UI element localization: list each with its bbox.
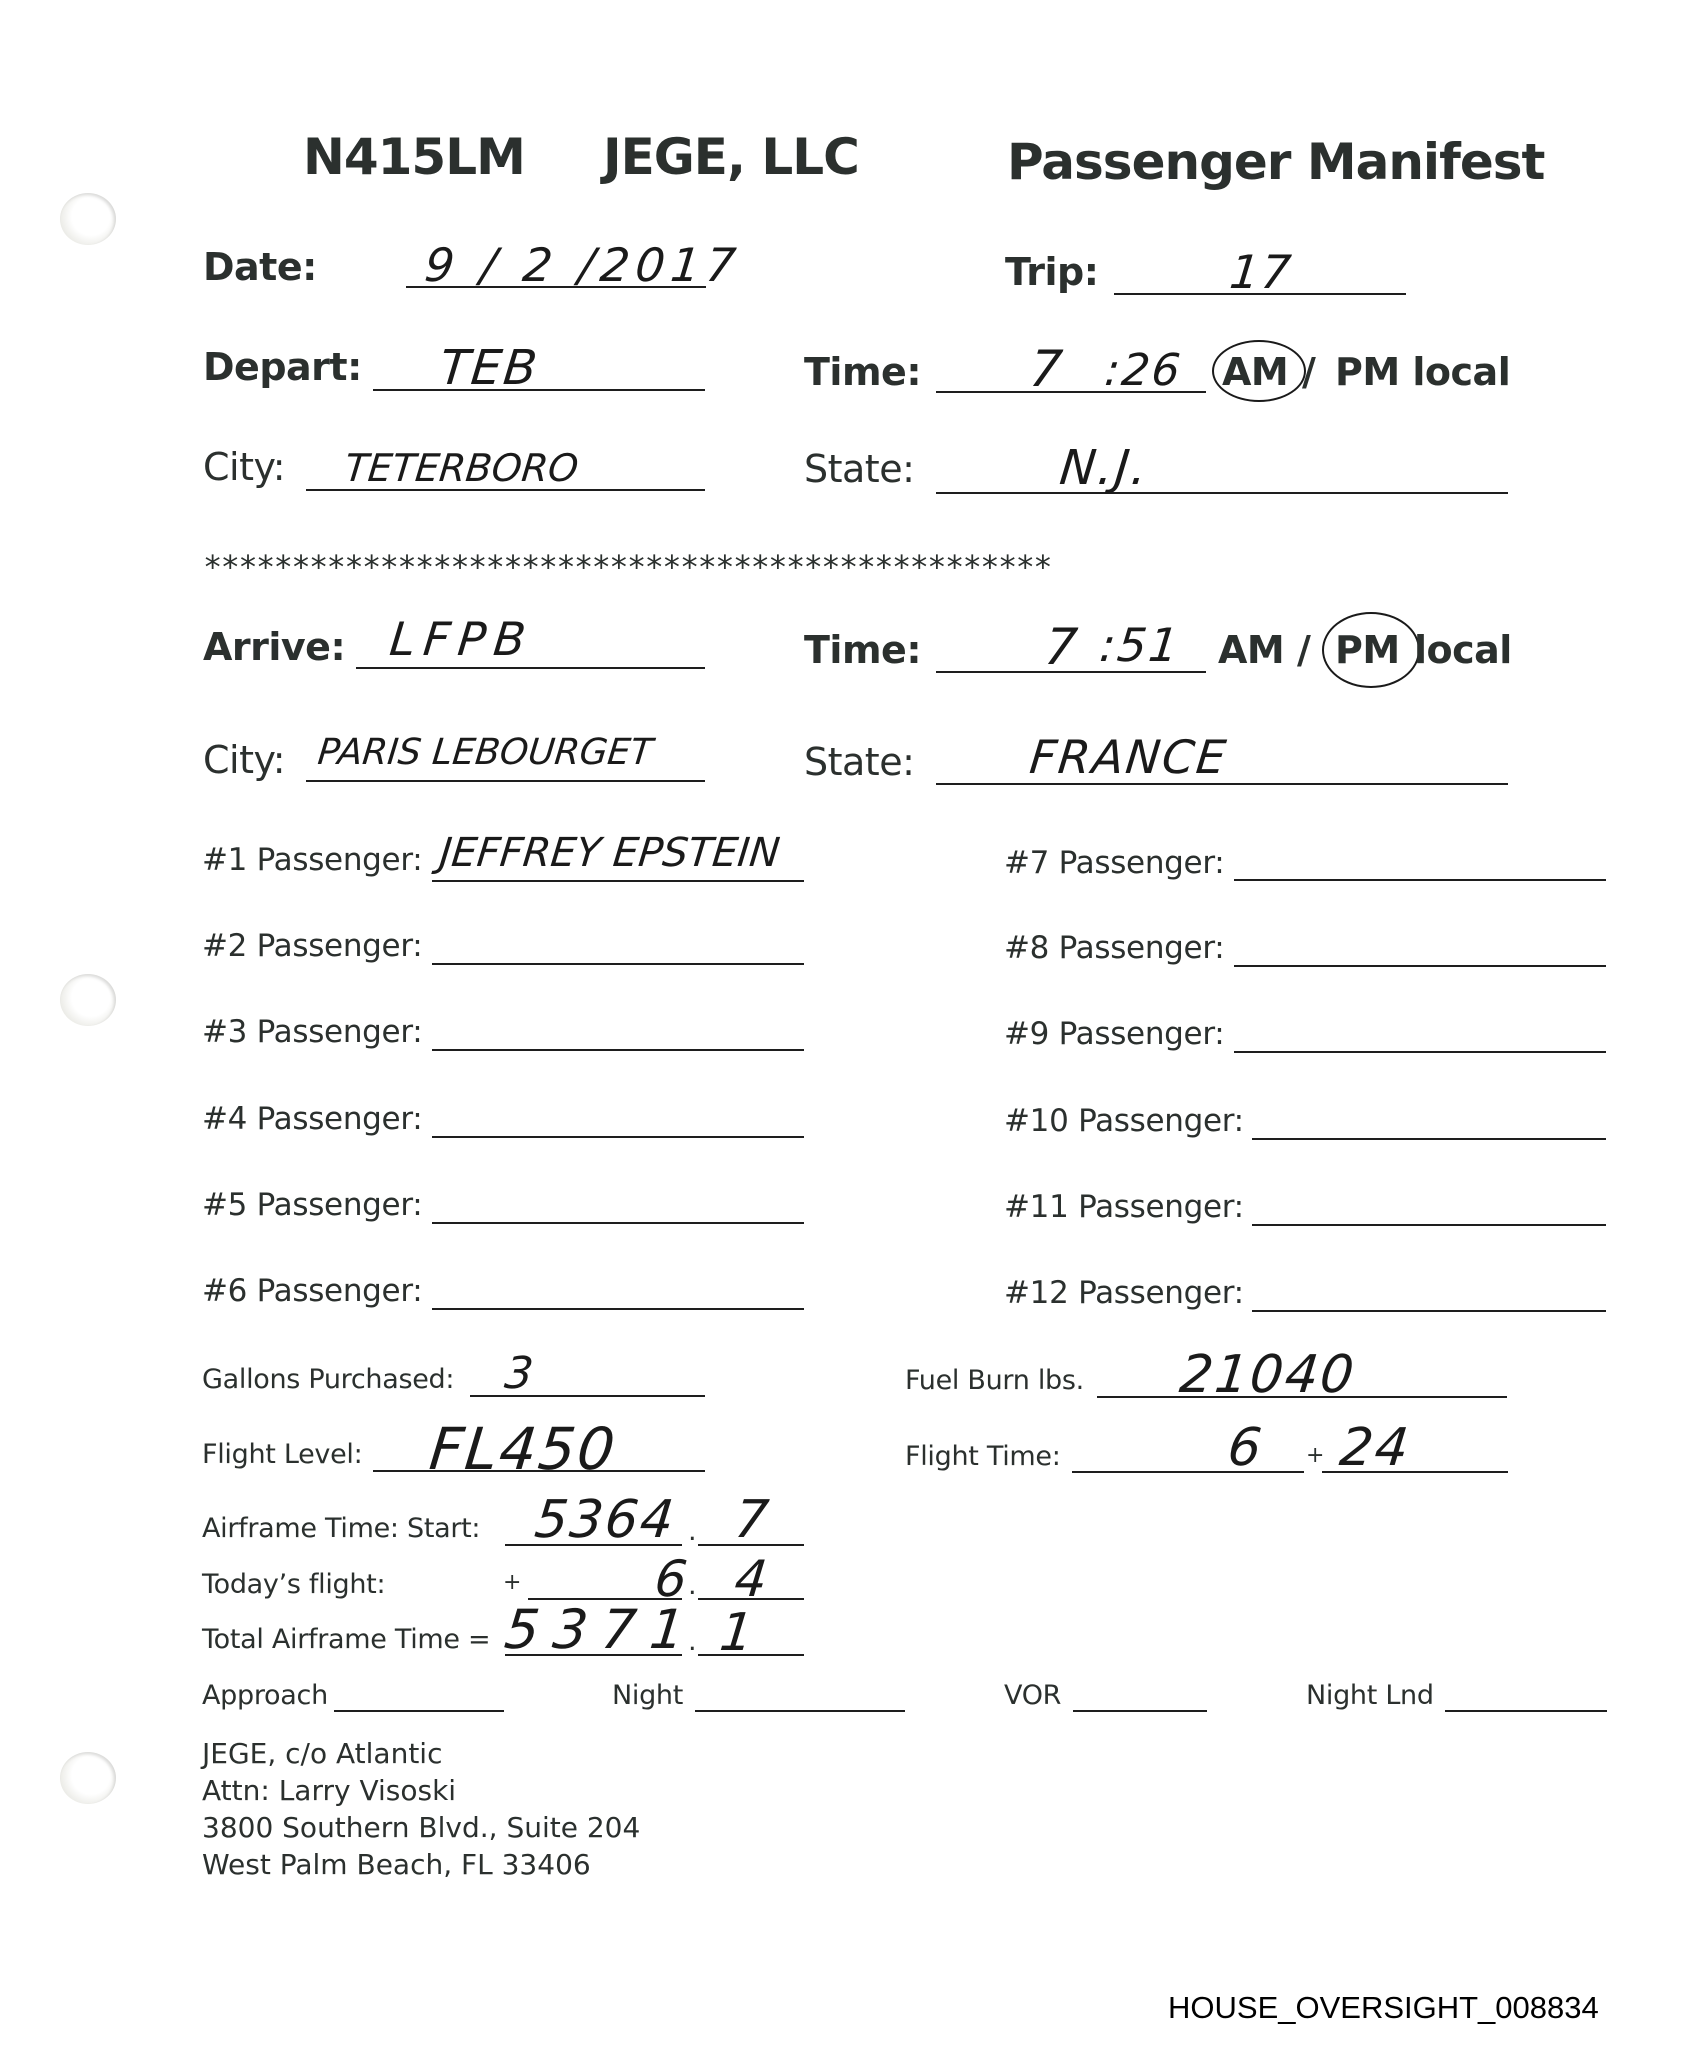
mailing-address: JEGE, c/o Atlantic Attn: Larry Visoski 3… — [202, 1735, 640, 1883]
passenger-9-label: #9 Passenger: — [1004, 1016, 1224, 1052]
arrive-label: Arrive: — [203, 625, 345, 669]
arrival-local-label: local — [1414, 628, 1512, 672]
departure-state-value: N.J. — [1057, 440, 1151, 496]
airframe-start-whole-value: 5364 — [532, 1490, 679, 1550]
tail-number: N415LM — [303, 128, 525, 186]
airframe-start-decimal-value: 7 — [732, 1490, 773, 1550]
passenger-4-field[interactable] — [432, 1136, 804, 1138]
departure-state-label: State: — [804, 447, 914, 491]
approach-label: Approach — [202, 1680, 328, 1711]
night-field[interactable] — [695, 1710, 905, 1712]
night-label: Night — [612, 1680, 683, 1711]
departure-time-minute: :26 — [1102, 345, 1184, 396]
passenger-1-label: #1 Passenger: — [202, 842, 422, 878]
departure-time-label: Time: — [804, 350, 921, 394]
gallons-purchased-value: 3 — [502, 1348, 537, 1399]
arrival-pm-selected-circle — [1322, 612, 1420, 688]
passenger-11-label: #11 Passenger: — [1004, 1189, 1244, 1225]
date-value: 9 / 2 /2017 — [422, 238, 744, 292]
arrival-city-value: PARIS LEBOURGET — [316, 732, 655, 773]
total-airframe-decimal-value: 1 — [717, 1603, 758, 1663]
airframe-start-label: Airframe Time: Start: — [202, 1513, 480, 1544]
passenger-9-field[interactable] — [1234, 1051, 1606, 1053]
flight-level-value: FL450 — [426, 1415, 620, 1483]
depart-label: Depart: — [203, 345, 362, 389]
passenger-7-label: #7 Passenger: — [1004, 845, 1224, 881]
passenger-2-field[interactable] — [432, 963, 804, 965]
company-name: JEGE, LLC — [603, 128, 859, 186]
airframe-start-dot: . — [688, 1516, 696, 1547]
flight-time-hours-value: 6 — [1225, 1418, 1266, 1478]
binder-hole-middle — [60, 974, 116, 1026]
arrival-city-field[interactable] — [306, 780, 705, 782]
total-airframe-dot: . — [688, 1626, 696, 1657]
form-title: Passenger Manifest — [1007, 133, 1544, 191]
passenger-4-label: #4 Passenger: — [202, 1101, 422, 1137]
arrival-time-minute: :51 — [1097, 618, 1183, 672]
fuel-burn-label: Fuel Burn lbs. — [905, 1365, 1084, 1396]
passenger-3-label: #3 Passenger: — [202, 1014, 422, 1050]
departure-period-separator: / — [1302, 350, 1315, 394]
flight-level-label: Flight Level: — [202, 1439, 362, 1470]
passenger-3-field[interactable] — [432, 1049, 804, 1051]
depart-field[interactable] — [373, 389, 705, 391]
passenger-11-field[interactable] — [1252, 1224, 1606, 1226]
flight-time-hours-field[interactable] — [1072, 1471, 1304, 1473]
arrival-time-label: Time: — [804, 628, 921, 672]
depart-value: TEB — [437, 340, 541, 396]
passenger-6-label: #6 Passenger: — [202, 1273, 422, 1309]
total-airframe-label: Total Airframe Time = — [202, 1624, 490, 1655]
passenger-12-field[interactable] — [1252, 1310, 1606, 1312]
todays-flight-dot: . — [688, 1570, 696, 1601]
passenger-10-label: #10 Passenger: — [1004, 1103, 1244, 1139]
passenger-5-field[interactable] — [432, 1222, 804, 1224]
vor-label: VOR — [1004, 1680, 1061, 1711]
todays-flight-decimal-value: 4 — [732, 1550, 772, 1608]
address-line-4: West Palm Beach, FL 33406 — [202, 1846, 640, 1883]
passenger-8-field[interactable] — [1234, 965, 1606, 967]
date-label: Date: — [203, 245, 317, 289]
todays-flight-plus: + — [503, 1570, 521, 1595]
departure-pm-local-label[interactable]: PM local — [1335, 350, 1510, 394]
passenger-10-field[interactable] — [1252, 1138, 1606, 1140]
arrival-state-label: State: — [804, 740, 914, 784]
bates-number: HOUSE_OVERSIGHT_008834 — [1168, 1990, 1599, 2026]
total-airframe-whole-value: 5371 — [502, 1598, 702, 1661]
departure-state-field[interactable] — [936, 492, 1508, 494]
flight-time-plus: + — [1306, 1443, 1324, 1468]
address-line-1: JEGE, c/o Atlantic — [202, 1735, 640, 1772]
night-landing-label: Night Lnd — [1306, 1680, 1434, 1711]
todays-flight-label: Today’s flight: — [202, 1569, 385, 1600]
passenger-1-field[interactable] — [432, 880, 804, 882]
arrival-time-hour: 7 — [1042, 618, 1082, 676]
arrival-state-value: FRANCE — [1027, 730, 1230, 784]
address-line-2: Attn: Larry Visoski — [202, 1772, 640, 1809]
passenger-1-value: JEFFREY EPSTEIN — [438, 830, 782, 876]
flight-time-label: Flight Time: — [905, 1441, 1061, 1472]
binder-hole-top — [60, 193, 116, 245]
binder-hole-bottom — [60, 1752, 116, 1804]
arrive-value: LFPB — [387, 612, 536, 666]
approach-field[interactable] — [334, 1710, 504, 1712]
fuel-burn-value: 21040 — [1177, 1345, 1359, 1405]
arrival-am-option[interactable]: AM / — [1218, 628, 1310, 672]
departure-city-label: City: — [203, 445, 285, 489]
flight-time-minutes-value: 24 — [1337, 1418, 1413, 1478]
departure-city-value: TETERBORO — [343, 446, 581, 490]
arrival-city-label: City: — [203, 738, 285, 782]
night-landing-field[interactable] — [1445, 1710, 1607, 1712]
vor-field[interactable] — [1073, 1710, 1207, 1712]
arrive-field[interactable] — [356, 667, 705, 669]
passenger-12-label: #12 Passenger: — [1004, 1275, 1244, 1311]
address-line-3: 3800 Southern Blvd., Suite 204 — [202, 1809, 640, 1846]
passenger-2-label: #2 Passenger: — [202, 928, 422, 964]
section-divider: ****************************************… — [203, 548, 1051, 586]
passenger-6-field[interactable] — [432, 1308, 804, 1310]
trip-value: 17 — [1227, 245, 1295, 299]
departure-am-selected-circle — [1212, 340, 1306, 402]
passenger-7-field[interactable] — [1234, 879, 1606, 881]
passenger-5-label: #5 Passenger: — [202, 1187, 422, 1223]
trip-label: Trip: — [1005, 250, 1098, 294]
gallons-purchased-label: Gallons Purchased: — [202, 1364, 454, 1395]
departure-time-hour: 7 — [1027, 340, 1067, 398]
passenger-8-label: #8 Passenger: — [1004, 930, 1224, 966]
